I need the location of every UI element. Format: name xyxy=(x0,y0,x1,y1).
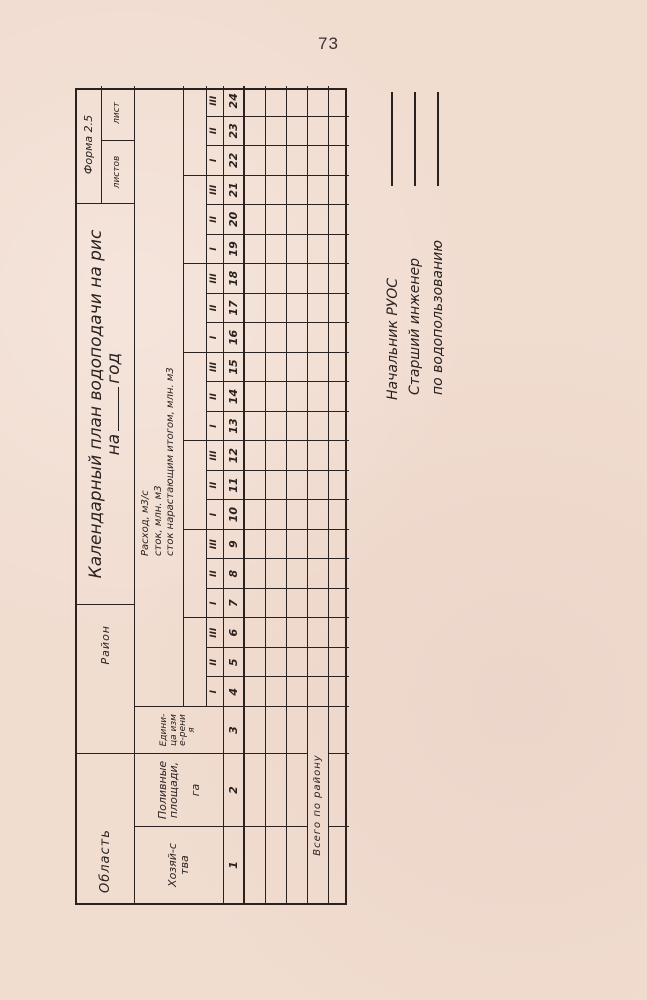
data-cell[interactable] xyxy=(329,86,349,116)
column-number: 18 xyxy=(224,263,245,293)
total-row-label-cell: Всего по району xyxy=(308,706,329,903)
total-row-label: Всего по району xyxy=(313,754,324,855)
data-cell[interactable] xyxy=(245,558,266,588)
data-cell[interactable] xyxy=(266,753,287,826)
decade-label: III xyxy=(207,352,224,382)
data-cell[interactable] xyxy=(245,175,266,205)
data-cell[interactable] xyxy=(266,470,287,500)
data-cell[interactable] xyxy=(266,175,287,205)
data-cell[interactable] xyxy=(245,263,266,293)
decade-label: II xyxy=(207,647,224,677)
column-number: 19 xyxy=(224,234,245,264)
total-row-cell[interactable] xyxy=(308,352,329,382)
decade-label: III xyxy=(207,529,224,559)
data-cell[interactable] xyxy=(266,676,287,706)
total-row-cell[interactable] xyxy=(308,499,329,529)
column-number: 7 xyxy=(224,588,245,618)
form-number-cell: Форма 2.5 xyxy=(77,86,102,203)
data-cell[interactable] xyxy=(266,411,287,441)
data-cell[interactable] xyxy=(266,558,287,588)
data-cell[interactable] xyxy=(287,529,308,559)
decade-label: II xyxy=(207,381,224,411)
column-number: 13 xyxy=(224,411,245,441)
data-cell[interactable] xyxy=(266,204,287,234)
data-cell[interactable] xyxy=(287,145,308,175)
data-cell[interactable] xyxy=(245,381,266,411)
data-cell[interactable] xyxy=(329,499,349,529)
decade-label: I xyxy=(207,588,224,618)
data-cell[interactable] xyxy=(287,470,308,500)
data-cell[interactable] xyxy=(266,86,287,116)
data-cell[interactable] xyxy=(287,204,308,234)
data-cell[interactable] xyxy=(287,411,308,441)
total-row-cell[interactable] xyxy=(308,558,329,588)
data-cell[interactable] xyxy=(329,293,349,323)
column-number: 16 xyxy=(224,322,245,352)
decade-label: II xyxy=(207,204,224,234)
district-label: Район xyxy=(100,625,112,664)
data-cell[interactable] xyxy=(245,588,266,618)
data-cell[interactable] xyxy=(266,706,287,753)
decade-label: I xyxy=(207,234,224,264)
data-cell[interactable] xyxy=(245,411,266,441)
form-number-label: Форма 2.5 xyxy=(83,115,95,174)
year-blank xyxy=(118,387,119,431)
sheets-label: листов xyxy=(113,156,122,189)
decade-label: III xyxy=(207,440,224,470)
column-number: 17 xyxy=(224,293,245,323)
total-row-cell[interactable] xyxy=(308,381,329,411)
data-cell[interactable] xyxy=(287,322,308,352)
data-cell[interactable] xyxy=(245,647,266,677)
page-number: 73 xyxy=(318,34,339,54)
unit-label: Едини-ца изме-рения xyxy=(160,712,198,748)
total-row-cell[interactable] xyxy=(308,86,329,116)
decade-label: I xyxy=(207,499,224,529)
data-cell[interactable] xyxy=(266,529,287,559)
month-group-cell[interactable] xyxy=(184,263,207,352)
decade-label: I xyxy=(207,322,224,352)
data-cell[interactable] xyxy=(287,293,308,323)
month-group-cell[interactable] xyxy=(184,175,207,264)
data-cell[interactable] xyxy=(329,647,349,677)
sheet-cell: лист xyxy=(102,86,135,140)
data-cell[interactable] xyxy=(266,145,287,175)
data-cell[interactable] xyxy=(266,826,287,903)
data-cell[interactable] xyxy=(287,588,308,618)
unit-header: Едини-ца изме-рения xyxy=(135,706,224,753)
data-cell[interactable] xyxy=(329,558,349,588)
data-cell[interactable] xyxy=(287,617,308,647)
data-cell[interactable] xyxy=(287,263,308,293)
irrigated-area-header: Поливные площади, га xyxy=(135,753,224,826)
data-cell[interactable] xyxy=(266,647,287,677)
total-row-cell[interactable] xyxy=(308,617,329,647)
column-number: 21 xyxy=(224,175,245,205)
data-cell[interactable] xyxy=(266,234,287,264)
column-number: 15 xyxy=(224,352,245,382)
rate-line-flow: Расход, м3/с xyxy=(140,490,153,556)
data-cell[interactable] xyxy=(329,440,349,470)
sheets-cell: листов xyxy=(102,140,135,203)
data-cell[interactable] xyxy=(245,470,266,500)
decade-label: III xyxy=(207,86,224,116)
column-number: 10 xyxy=(224,499,245,529)
data-cell[interactable] xyxy=(266,116,287,146)
decade-label: I xyxy=(207,145,224,175)
data-cell[interactable] xyxy=(329,116,349,146)
data-cell[interactable] xyxy=(245,529,266,559)
data-cell[interactable] xyxy=(245,322,266,352)
data-cell[interactable] xyxy=(245,204,266,234)
month-group-cell[interactable] xyxy=(184,86,207,175)
data-cell[interactable] xyxy=(266,263,287,293)
farms-header: Хозяй-ства xyxy=(135,826,224,903)
column-number: 9 xyxy=(224,529,245,559)
data-cell[interactable] xyxy=(245,234,266,264)
data-cell[interactable] xyxy=(329,470,349,500)
district-cell: Район xyxy=(77,604,135,753)
data-cell[interactable] xyxy=(266,499,287,529)
irrigated-area-label: Поливные площади, xyxy=(157,758,180,822)
column-number: 14 xyxy=(224,381,245,411)
rate-line-cumulative: сток нарастающим итогом, млн. м3 xyxy=(165,367,178,556)
data-cell[interactable] xyxy=(329,676,349,706)
data-cell[interactable] xyxy=(266,293,287,323)
data-cell[interactable] xyxy=(245,826,266,903)
data-cell[interactable] xyxy=(245,499,266,529)
total-row-cell[interactable] xyxy=(308,529,329,559)
column-number: 12 xyxy=(224,440,245,470)
signature-line-engineer-2[interactable] xyxy=(437,92,439,186)
data-cell[interactable] xyxy=(329,826,349,903)
data-cell[interactable] xyxy=(287,440,308,470)
total-row-cell[interactable] xyxy=(308,234,329,264)
data-cell[interactable] xyxy=(287,499,308,529)
data-cell[interactable] xyxy=(329,411,349,441)
data-cell[interactable] xyxy=(329,617,349,647)
total-row-cell[interactable] xyxy=(308,116,329,146)
data-cell[interactable] xyxy=(329,588,349,618)
column-number: 5 xyxy=(224,647,245,677)
total-row-cell[interactable] xyxy=(308,293,329,323)
data-cell[interactable] xyxy=(329,753,349,826)
data-cell[interactable] xyxy=(287,175,308,205)
decade-label: II xyxy=(207,470,224,500)
data-cell[interactable] xyxy=(266,322,287,352)
rate-line-runoff: сток, млн. м3 xyxy=(153,485,166,556)
column-number: 23 xyxy=(224,116,245,146)
data-cell[interactable] xyxy=(266,381,287,411)
decade-label: II xyxy=(207,293,224,323)
data-cell[interactable] xyxy=(245,617,266,647)
column-number: 8 xyxy=(224,558,245,588)
data-cell[interactable] xyxy=(245,293,266,323)
data-cell[interactable] xyxy=(329,234,349,264)
total-row-cell[interactable] xyxy=(308,204,329,234)
data-cell[interactable] xyxy=(287,753,308,826)
column-number: 20 xyxy=(224,204,245,234)
column-number: 6 xyxy=(224,617,245,647)
data-cell[interactable] xyxy=(245,706,266,753)
total-row-cell[interactable] xyxy=(308,175,329,205)
decade-label: II xyxy=(207,558,224,588)
data-cell[interactable] xyxy=(287,381,308,411)
data-cell[interactable] xyxy=(245,86,266,116)
data-cell[interactable] xyxy=(329,263,349,293)
total-row-cell[interactable] xyxy=(308,322,329,352)
column-number: 11 xyxy=(224,470,245,500)
total-row-cell[interactable] xyxy=(308,263,329,293)
sheet-label: лист xyxy=(113,102,122,124)
data-cell[interactable] xyxy=(245,753,266,826)
signature-line-engineer[interactable] xyxy=(414,92,416,186)
total-row-cell[interactable] xyxy=(308,676,329,706)
decade-label: II xyxy=(207,116,224,146)
data-cell[interactable] xyxy=(245,352,266,382)
signature-head-label: Начальник РУОС xyxy=(385,278,401,400)
signature-line-head[interactable] xyxy=(391,92,393,186)
column-number: 4 xyxy=(224,676,245,706)
column-number: 1 xyxy=(224,826,245,903)
data-cell[interactable] xyxy=(287,558,308,588)
column-number: 24 xyxy=(224,86,245,116)
data-cell[interactable] xyxy=(329,529,349,559)
data-cell[interactable] xyxy=(329,175,349,205)
water-supply-plan-form: Область Район Календарный план водоподач… xyxy=(75,88,347,905)
data-cell[interactable] xyxy=(329,352,349,382)
data-cell[interactable] xyxy=(287,234,308,264)
data-cell[interactable] xyxy=(245,676,266,706)
data-cell[interactable] xyxy=(266,588,287,618)
total-row-cell[interactable] xyxy=(308,145,329,175)
irrigated-area-unit: га xyxy=(190,784,202,797)
decade-label: I xyxy=(207,411,224,441)
column-number: 3 xyxy=(224,706,245,753)
data-cell[interactable] xyxy=(329,145,349,175)
data-cell[interactable] xyxy=(287,826,308,903)
total-row-cell[interactable] xyxy=(308,411,329,441)
column-number: 2 xyxy=(224,753,245,826)
data-cell[interactable] xyxy=(287,116,308,146)
decade-label: III xyxy=(207,175,224,205)
data-cell[interactable] xyxy=(329,381,349,411)
rate-header: Расход, м3/с сток, млн. м3 сток нарастаю… xyxy=(135,86,184,706)
month-group-cell[interactable] xyxy=(184,529,207,618)
decade-label: III xyxy=(207,617,224,647)
signature-engineer-label: Старший инженер xyxy=(407,258,423,395)
region-cell: Область xyxy=(77,753,135,903)
farms-label: Хозяй-ства xyxy=(167,843,190,887)
title-cell: Календарный план водоподачи на рис нагод xyxy=(77,203,135,604)
data-cell[interactable] xyxy=(287,86,308,116)
month-group-cell[interactable] xyxy=(184,617,207,706)
month-group-cell[interactable] xyxy=(184,440,207,529)
data-cell[interactable] xyxy=(266,617,287,647)
total-row-cell[interactable] xyxy=(308,470,329,500)
data-cell[interactable] xyxy=(287,676,308,706)
data-cell[interactable] xyxy=(329,322,349,352)
data-cell[interactable] xyxy=(245,440,266,470)
data-cell[interactable] xyxy=(287,352,308,382)
data-cell[interactable] xyxy=(329,204,349,234)
data-cell[interactable] xyxy=(266,352,287,382)
form-title: Календарный план водоподачи на рис xyxy=(88,230,106,579)
data-cell[interactable] xyxy=(245,116,266,146)
total-row-cell[interactable] xyxy=(308,647,329,677)
data-cell[interactable] xyxy=(287,647,308,677)
data-cell[interactable] xyxy=(266,440,287,470)
decade-label: I xyxy=(207,676,224,706)
signature-engineer-label-2: по водопользованию xyxy=(430,240,446,395)
region-label: Область xyxy=(99,829,113,893)
data-cell[interactable] xyxy=(245,145,266,175)
decade-label: III xyxy=(207,263,224,293)
total-row-cell[interactable] xyxy=(308,440,329,470)
data-cell[interactable] xyxy=(329,706,349,753)
column-number: 22 xyxy=(224,145,245,175)
total-row-cell[interactable] xyxy=(308,588,329,618)
data-cell[interactable] xyxy=(287,706,308,753)
form-title-year: нагод xyxy=(106,353,124,456)
month-group-cell[interactable] xyxy=(184,352,207,441)
